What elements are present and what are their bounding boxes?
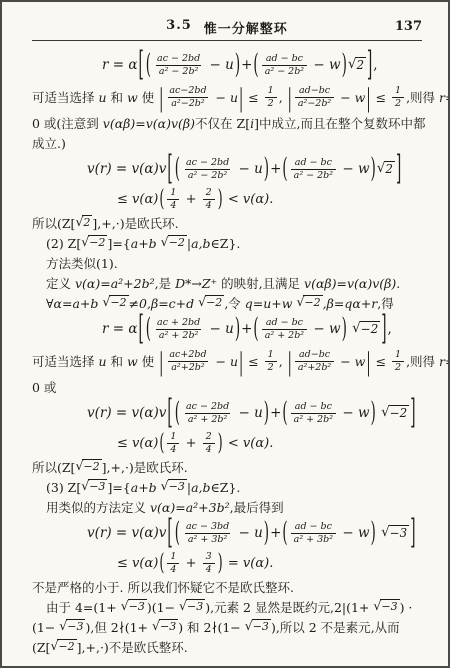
fraction: 12 — [392, 85, 404, 110]
math-run: v(r) = v(α)v — [87, 161, 166, 177]
denominator: 4 — [203, 199, 215, 212]
numerator: 1 — [265, 349, 277, 361]
text-line: 所以(Z[√2],+,·)是欧氏环. — [32, 213, 422, 233]
fraction: 12 — [265, 85, 277, 110]
text-run: ]中成立,而且在整个复数环中都 — [254, 114, 425, 132]
text-line: (Z[√−2],+,·)不是欧氏整环. — [32, 637, 422, 657]
formula-line: r = α[(ac + 2bda² + 2b² − u)+(ad − bca² … — [102, 313, 422, 345]
denominator: a² + 3b² — [185, 533, 230, 546]
radicand: −2 — [360, 321, 381, 337]
radicand: −3 — [66, 619, 85, 634]
math-run: − u — [205, 321, 234, 337]
radicand: −2 — [389, 405, 410, 421]
delimiter: ( — [253, 49, 258, 81]
denominator: a² − 2b² — [291, 169, 336, 182]
text-run: ),所以 2 不是素元,从而 — [271, 618, 400, 636]
radicand: 2 — [384, 161, 395, 177]
sqrt: √−3 — [373, 599, 399, 614]
denominator: a² − 2b² — [262, 65, 307, 78]
text-line: 成立.) — [32, 133, 422, 153]
denominator: a² − 2b² — [185, 169, 230, 182]
text-run: . — [269, 192, 273, 207]
fraction: ac−2bda²−2b² — [166, 85, 209, 110]
math-run: w — [127, 90, 138, 105]
delimiter: ( — [282, 517, 287, 549]
text-run: ),但 2∤(1+ — [85, 618, 152, 636]
sqrt: √−2 — [75, 459, 101, 474]
text-line: 定义 v(α)=a²+2b²,是 D*→Z⁺ 的映射,且满足 v(αβ)=v(α… — [46, 273, 422, 293]
math-run: − w — [338, 161, 369, 177]
fraction: ac+2bda²+2b² — [166, 349, 209, 374]
denominator: a² − 2b² — [156, 65, 201, 78]
sqrt: √−3 — [59, 619, 85, 634]
text-run: ,则得 — [406, 352, 439, 370]
delimiter: [ — [138, 45, 143, 85]
text-run: (3) Z[ — [46, 480, 81, 495]
text-run: 的映射,且满足 — [217, 274, 304, 292]
math-run: − w — [309, 321, 340, 337]
sqrt: √2 — [377, 161, 395, 177]
radicand: −3 — [252, 619, 271, 634]
radicand: −3 — [186, 599, 205, 614]
sqrt: √−2 — [352, 321, 380, 337]
fraction: 14 — [167, 551, 179, 576]
numerator: ac + 2bd — [154, 317, 203, 329]
delimiter: ] — [410, 393, 415, 433]
sqrt: √−3 — [161, 479, 187, 494]
text-run: 成立.) — [32, 134, 66, 152]
radicand: −3 — [380, 599, 399, 614]
formula-line: 可适当选择 u 和 w 使 |ac+2bda²+2b² − u| ≤ 12, |… — [32, 345, 422, 377]
page-header: 3.5 惟一分解整环 137 — [32, 18, 422, 38]
radicand: −3 — [168, 479, 187, 494]
delimiter: ( — [146, 313, 151, 345]
text-run: 所以(Z[ — [32, 458, 75, 476]
fraction: ac − 3bda² + 3b² — [183, 521, 232, 546]
sqrt: √−3 — [81, 479, 107, 494]
denominator: a² + 3b² — [291, 533, 336, 546]
denominator: a²+2b² — [295, 361, 334, 374]
delimiter: ( — [253, 313, 258, 345]
delimiter: ) — [218, 430, 223, 457]
text-run: 和 — [107, 88, 127, 106]
denominator: a² + 2b² — [156, 329, 201, 342]
delimiter: | — [159, 82, 163, 112]
delimiter: | — [366, 82, 370, 112]
text-line: 方法类似(1). — [46, 253, 422, 273]
sqrt: √−3 — [381, 525, 409, 541]
text-run: 方法类似(1). — [46, 254, 118, 272]
math-run: u — [98, 354, 106, 369]
denominator: 2 — [265, 361, 277, 374]
denominator: 2 — [265, 97, 277, 110]
text-run: . — [269, 436, 273, 451]
math-run: − w — [338, 525, 369, 541]
math-run: v(α) — [132, 192, 158, 207]
delimiter: | — [366, 346, 370, 376]
sqrt: √−2 — [102, 295, 128, 310]
formula-line: r = α[(ac − 2bda² − 2b² − u)+(ad − bca² … — [102, 49, 422, 81]
numerator: ad − bc — [263, 317, 306, 329]
math-run: a+b — [131, 236, 161, 251]
radicand: −2 — [82, 459, 101, 474]
math-run: r = α — [102, 321, 137, 337]
fraction: 24 — [203, 431, 215, 456]
denominator: 4 — [203, 563, 215, 576]
math-run: − w — [309, 57, 340, 73]
math-run: − u — [234, 405, 263, 421]
numerator: ac − 3bd — [183, 521, 232, 533]
text-run: ),元素 2 显然是既约元,2|(1+ — [205, 598, 373, 616]
delimiter: ) — [264, 153, 269, 185]
text-run: + — [181, 436, 200, 451]
text-run: 使 — [138, 352, 158, 370]
text-run: 0 或 — [32, 378, 56, 396]
fraction: ad−bca²+2b² — [295, 349, 334, 374]
radicand: −2 — [109, 295, 128, 310]
running-title: 3.5 惟一分解整环 — [32, 18, 422, 37]
text-run: = — [224, 556, 243, 571]
text-run: ],+,·)是欧氏环. — [102, 458, 188, 476]
text-run: + — [181, 192, 200, 207]
delimiter: ( — [175, 517, 180, 549]
math-run: − w — [338, 405, 369, 421]
numerator: ac+2bd — [166, 349, 209, 361]
fraction: 12 — [392, 349, 404, 374]
text-run: ) 和 2∤(1− — [178, 618, 245, 636]
text-run: ,最后得到 — [230, 498, 284, 516]
numerator: 1 — [392, 85, 404, 97]
math-run: a,b — [191, 236, 210, 251]
sqrt: √−2 — [296, 295, 322, 310]
formula-line: v(r) = v(α)v[(ac − 3bda² + 3b² − u)+(ad … — [87, 517, 422, 549]
delimiter: ) — [218, 550, 223, 577]
delimiter: ) — [371, 517, 376, 549]
numerator: ac−2bd — [166, 85, 209, 97]
math-run: ,β=qα+r — [323, 296, 378, 311]
chapter-title: 惟一分解整环 — [204, 18, 288, 37]
text-line: ∀α=a+b √−2≠0,β=c+d √−2,令 q=u+w √−2,β=qα+… — [46, 293, 422, 313]
sqrt: √−2 — [161, 235, 187, 250]
fraction: 14 — [167, 187, 179, 212]
text-run: 定义 — [46, 274, 75, 292]
text-run: ],+,·)不是欧氏整环. — [77, 638, 188, 656]
text-run: (2) Z[ — [46, 236, 81, 251]
text-run: 可适当选择 — [32, 352, 98, 370]
text-run: 可适当选择 — [32, 88, 98, 106]
delimiter: ( — [159, 430, 164, 457]
text-run: . — [269, 556, 273, 571]
text-run: ≤ — [117, 556, 132, 571]
text-run: ≤ — [117, 192, 132, 207]
denominator: a² + 2b² — [185, 413, 230, 426]
text-line: 不是严格的小于. 所以我们怀疑它不是欧氏整环. — [32, 577, 422, 597]
delimiter: [ — [138, 309, 143, 349]
math-run: a,b — [191, 480, 210, 495]
sqrt: √−3 — [179, 599, 205, 614]
text-run: + — [270, 525, 281, 541]
delimiter: ( — [159, 186, 164, 213]
text-run: ∈Z}. — [211, 236, 241, 251]
sqrt: √2 — [75, 215, 92, 230]
radicand: −3 — [88, 479, 107, 494]
fraction: ac − 2bda² − 2b² — [183, 157, 232, 182]
text-run: , — [373, 57, 377, 73]
denominator: 2 — [392, 97, 404, 110]
sqrt: √−2 — [198, 295, 224, 310]
radicand: −3 — [159, 619, 178, 634]
radicand: −2 — [205, 295, 224, 310]
math-run: v(r) = v(α)v — [87, 405, 166, 421]
text-line: (1− √−3),但 2∤(1+ √−3) 和 2∤(1− √−3),所以 2 … — [32, 617, 422, 637]
numerator: ac − 2bd — [183, 401, 232, 413]
formula-line: 可适当选择 u 和 w 使 |ac−2bda²−2b² − u| ≤ 12, |… — [32, 81, 422, 113]
delimiter: ( — [282, 397, 287, 429]
text-run: ≤ — [244, 354, 262, 369]
math-run: − w — [336, 90, 365, 105]
math-run: v(r) = v(α)v — [87, 525, 166, 541]
math-run: − w — [336, 354, 365, 369]
math-run: − u — [205, 57, 234, 73]
formula-line: v(r) = v(α)v[(ac − 2bda² + 2b² − u)+(ad … — [87, 397, 422, 429]
math-run: r = α — [102, 57, 137, 73]
math-run: − u — [212, 354, 238, 369]
math-run: D*→Z⁺ — [175, 276, 217, 291]
sqrt: √−3 — [245, 619, 271, 634]
text-run: ,令 — [224, 294, 244, 312]
fraction: ad − bca² + 2b² — [291, 401, 336, 426]
text-run: ≤ — [117, 436, 132, 451]
delimiter: ( — [175, 397, 180, 429]
delimiter: ) — [264, 397, 269, 429]
numerator: 2 — [203, 431, 215, 443]
delimiter: ) — [235, 313, 240, 345]
numerator: ad − bc — [263, 53, 306, 65]
formula-line: ≤ v(α)(14 + 24) < v(α). — [117, 429, 422, 457]
math-run: a+b — [131, 480, 161, 495]
delimiter: | — [239, 346, 243, 376]
math-run: ∀α=a+b — [46, 296, 102, 311]
text-run: (Z[ — [32, 640, 50, 655]
text-run: ]={ — [107, 480, 130, 495]
radicand: 2 — [82, 215, 92, 230]
text-run: (1− — [32, 620, 59, 635]
math-run: v(α) — [132, 556, 158, 571]
text-line: (2) Z[√−2]={a+b √−2|a,b∈Z}. — [46, 233, 422, 253]
formula-line: ≤ v(α)(14 + 34) = v(α). — [117, 549, 422, 577]
denominator: 4 — [167, 563, 179, 576]
math-run: v(αβ)=v(α)v(β) — [304, 276, 396, 291]
delimiter: [ — [167, 149, 172, 189]
math-run: v(αβ)=v(α)v(β) — [103, 116, 195, 131]
delimiter: | — [159, 346, 163, 376]
fraction: 12 — [265, 349, 277, 374]
numerator: ad − bc — [292, 401, 335, 413]
text-run: + — [241, 321, 252, 337]
text-run: < — [224, 436, 243, 451]
numerator: ac − 2bd — [154, 53, 203, 65]
radicand: −2 — [57, 639, 76, 654]
fraction: ac − 2bda² − 2b² — [154, 53, 203, 78]
denominator: 4 — [167, 443, 179, 456]
fraction: ad − bca² − 2b² — [262, 53, 307, 78]
radicand: −2 — [303, 295, 322, 310]
text-run: = — [445, 354, 450, 369]
text-run: , — [388, 321, 392, 337]
sqrt: √2 — [348, 57, 366, 73]
math-run: q=u+w — [245, 296, 297, 311]
math-run: − u — [234, 161, 263, 177]
delimiter: | — [288, 346, 292, 376]
math-run: u — [98, 90, 106, 105]
text-run: + — [241, 57, 252, 73]
delimiter: ) — [218, 186, 223, 213]
page-content: r = α[(ac − 2bda² − 2b² − u)+(ad − bca² … — [32, 41, 422, 657]
text-run: ,是 — [155, 274, 175, 292]
fraction: ac − 2bda² + 2b² — [183, 401, 232, 426]
radicand: −2 — [88, 235, 107, 250]
formula-line: v(r) = v(α)v[(ac − 2bda² − 2b² − u)+(ad … — [87, 153, 422, 185]
math-run: v(α) — [243, 436, 269, 451]
text-run: ]={ — [107, 236, 130, 251]
sqrt: √−3 — [121, 599, 147, 614]
delimiter: ] — [396, 149, 401, 189]
delimiter: ) — [371, 153, 376, 185]
text-run: + — [181, 556, 200, 571]
text-run: 所以(Z[ — [32, 214, 75, 232]
denominator: a²−2b² — [295, 97, 334, 110]
book-page: 3.5 惟一分解整环 137 r = α[(ac − 2bda² − 2b² −… — [0, 0, 450, 668]
math-run: v(α) — [243, 556, 269, 571]
fraction: ac + 2bda² + 2b² — [154, 317, 203, 342]
sqrt: √−2 — [381, 405, 409, 421]
radicand: −3 — [128, 599, 147, 614]
delimiter: ] — [410, 513, 415, 553]
denominator: a² + 2b² — [291, 413, 336, 426]
radicand: −2 — [168, 235, 187, 250]
denominator: a²−2b² — [168, 97, 207, 110]
text-run: ,则得 — [406, 88, 439, 106]
math-run: w — [127, 354, 138, 369]
numerator: ad−bc — [296, 349, 333, 361]
text-run: ∈Z}. — [211, 480, 241, 495]
delimiter: | — [288, 82, 292, 112]
delimiter: ( — [146, 49, 151, 81]
text-line: 由于 4=(1+ √−3)(1− √−3),元素 2 显然是既约元,2|(1+ … — [46, 597, 422, 617]
radicand: 2 — [355, 57, 366, 73]
delimiter: ) — [342, 49, 347, 81]
numerator: 2 — [203, 187, 215, 199]
text-line: 0 或(注意到 v(αβ)=v(α)v(β)不仅在 Z[i]中成立,而且在整个复… — [32, 113, 422, 133]
math-run: v(α) — [243, 192, 269, 207]
math-run: v(α) — [132, 436, 158, 451]
delimiter: ] — [367, 45, 372, 85]
delimiter: ) — [264, 517, 269, 549]
numerator: 3 — [203, 551, 215, 563]
section-number: 3.5 — [166, 18, 192, 37]
denominator: a²+2b² — [168, 361, 207, 374]
delimiter: [ — [167, 513, 172, 553]
fraction: ad − bca² − 2b² — [291, 157, 336, 182]
denominator: a² + 2b² — [262, 329, 307, 342]
denominator: 4 — [203, 443, 215, 456]
delimiter: | — [239, 82, 243, 112]
text-run: , — [279, 90, 287, 105]
text-run: 不是严格的小于. 所以我们怀疑它不是欧氏整环. — [32, 578, 294, 596]
text-run: 使 — [138, 88, 158, 106]
numerator: ad−bc — [296, 85, 333, 97]
page-number: 137 — [395, 19, 422, 34]
delimiter: ( — [159, 550, 164, 577]
numerator: ac − 2bd — [183, 157, 232, 169]
numerator: 1 — [265, 85, 277, 97]
math-run: v(α)=a²+2b² — [75, 276, 155, 291]
radicand: −3 — [389, 525, 410, 541]
delimiter: ( — [282, 153, 287, 185]
text-run: ],+,·)是欧氏环. — [92, 214, 178, 232]
denominator: 4 — [167, 199, 179, 212]
text-run: = — [445, 90, 450, 105]
text-run: 和 — [107, 352, 127, 370]
delimiter: ) — [235, 49, 240, 81]
text-run: ) · — [400, 600, 413, 615]
fraction: ad−bca²−2b² — [295, 85, 334, 110]
text-run: , — [279, 354, 287, 369]
math-run: − u — [212, 90, 238, 105]
numerator: 1 — [392, 349, 404, 361]
delimiter: [ — [167, 393, 172, 433]
text-run: + — [270, 405, 281, 421]
delimiter: ] — [381, 309, 386, 349]
text-run: 不仅在 Z[ — [195, 114, 250, 132]
denominator: 2 — [392, 361, 404, 374]
text-run: 0 或(注意到 — [32, 114, 103, 132]
delimiter: ) — [342, 313, 347, 345]
text-run: + — [270, 161, 281, 177]
text-line: 用类似的方法定义 v(α)=a²+3b²,最后得到 — [46, 497, 422, 517]
numerator: ad − bc — [292, 521, 335, 533]
text-run: < — [224, 192, 243, 207]
text-run: ≤ — [372, 354, 390, 369]
math-run: − u — [234, 525, 263, 541]
fraction: 34 — [203, 551, 215, 576]
text-run: )(1− — [147, 600, 179, 615]
sqrt: √−2 — [50, 639, 76, 654]
numerator: ad − bc — [292, 157, 335, 169]
formula-line: ≤ v(α)(14 + 24) < v(α). — [117, 185, 422, 213]
math-run: v(α)=a²+3b² — [150, 500, 230, 515]
fraction: ad − bca² + 3b² — [291, 521, 336, 546]
fraction: 14 — [167, 431, 179, 456]
fraction: ad − bca² + 2b² — [262, 317, 307, 342]
delimiter: ( — [175, 153, 180, 185]
text-run: ≤ — [244, 90, 262, 105]
text-line: 所以(Z[√−2],+,·)是欧氏环. — [32, 457, 422, 477]
fraction: 24 — [203, 187, 215, 212]
text-line: 0 或 — [32, 377, 422, 397]
text-line: (3) Z[√−3]={a+b √−3|a,b∈Z}. — [46, 477, 422, 497]
text-run: 由于 4=(1+ — [46, 598, 121, 616]
text-run: ≤ — [372, 90, 390, 105]
text-run: 用类似的方法定义 — [46, 498, 150, 516]
text-run: . — [396, 276, 400, 291]
sqrt: √−2 — [81, 235, 107, 250]
sqrt: √−3 — [152, 619, 178, 634]
delimiter: ) — [371, 397, 376, 429]
